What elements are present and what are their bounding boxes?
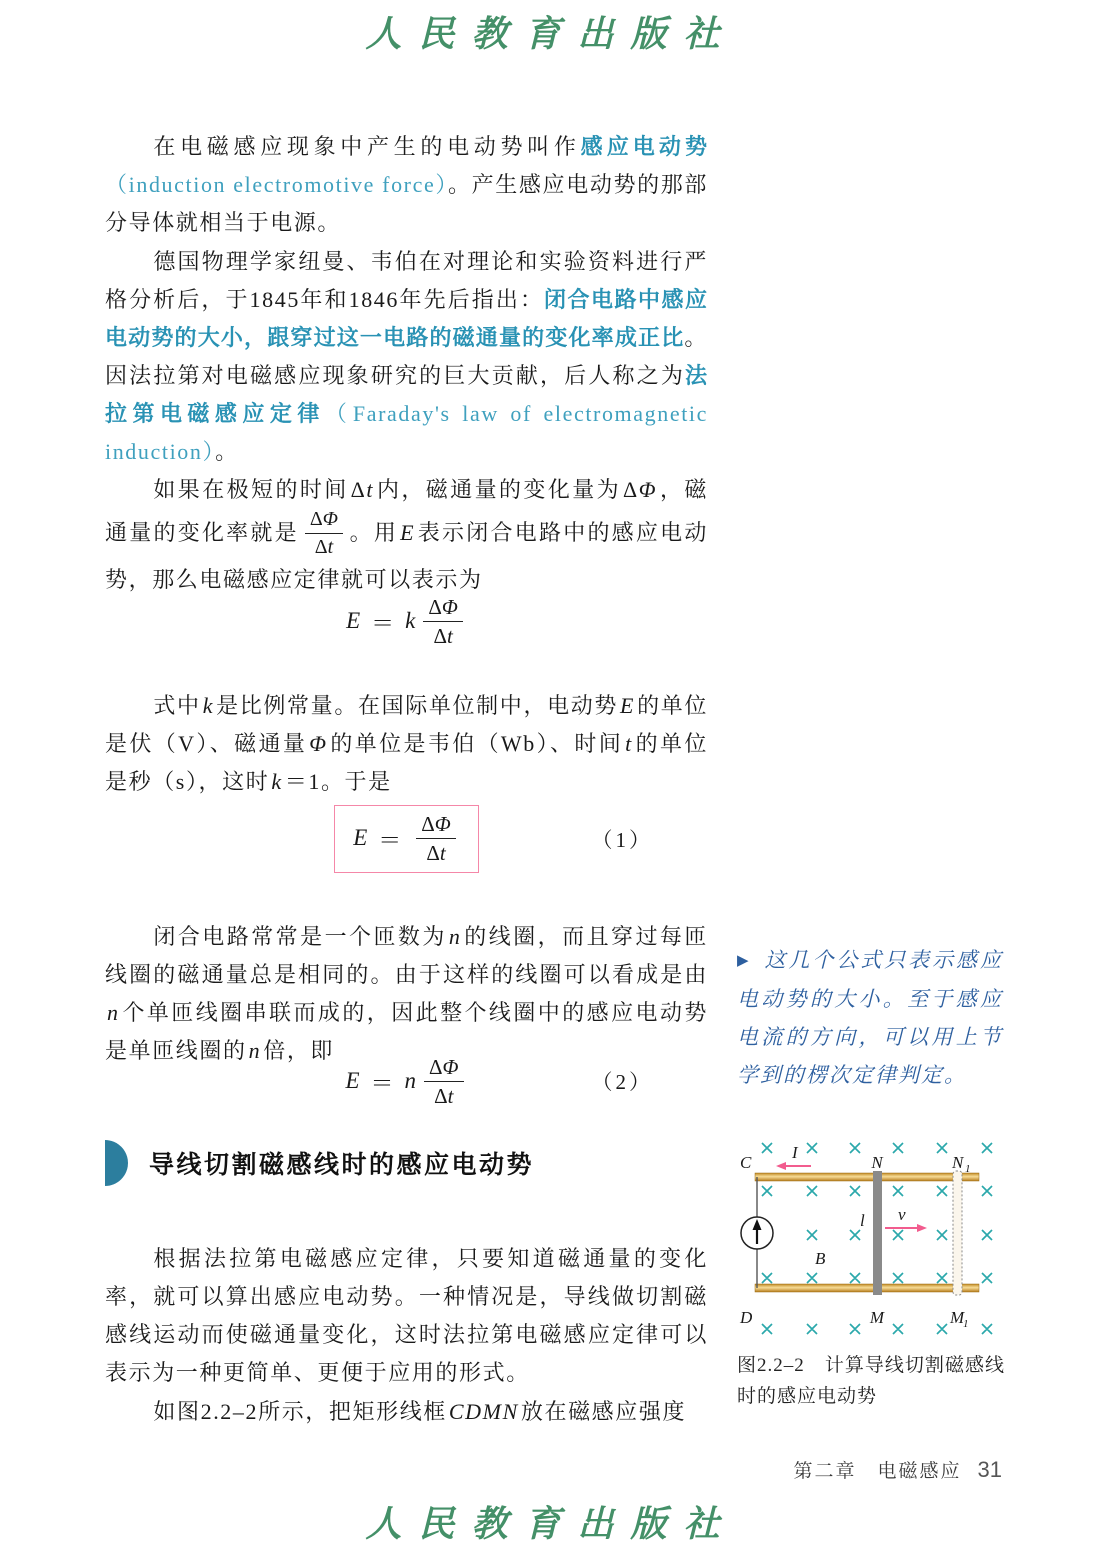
velocity-arrow-head xyxy=(917,1224,927,1232)
top-rail-CN xyxy=(755,1173,979,1181)
paragraph-flux-rate: 如果在极短的时间Δt内，磁通量的变化量为ΔΦ，磁通量的变化率就是ΔΦΔt。用E表… xyxy=(105,471,708,599)
equation-tag-1: （1） xyxy=(592,824,654,854)
figure-caption: 图2.2–2 计算导线切割磁感线时的感应电动势 xyxy=(737,1350,1005,1412)
label-N1-sub: 1 xyxy=(965,1163,971,1175)
label-N1: N xyxy=(951,1153,965,1172)
section-heading: 导线切割磁感线时的感应电动势 xyxy=(105,1140,534,1186)
paragraph-coil-turns: 闭合电路常常是一个匝数为n的线圈，而且穿过每匝线圈的磁通量总是相同的。由于这样的… xyxy=(105,918,708,1070)
label-current-I: I xyxy=(791,1143,799,1162)
label-velocity-v: v xyxy=(898,1205,906,1224)
current-arrow-head xyxy=(776,1162,786,1170)
publisher-watermark-bottom: 人民教育出版社 xyxy=(0,1496,1102,1547)
label-N: N xyxy=(870,1153,884,1172)
footer-chapter: 第二章 电磁感应 xyxy=(794,1456,962,1483)
label-field-B: B xyxy=(815,1249,826,1268)
paragraph-cutting-lines: 根据法拉第电磁感应定律，只要知道磁通量的变化率，就可以算出感应电动势。一种情况是… xyxy=(105,1240,708,1392)
paragraph-units: 式中k是比例常量。在国际单位制中，电动势E的单位是伏（V）、磁通量Φ的单位是韦伯… xyxy=(105,687,708,801)
publisher-watermark-top: 人民教育出版社 xyxy=(0,6,1102,57)
figure-2-2-2: C D N M N 1 M 1 I v l B xyxy=(737,1133,999,1345)
bottom-rail-DM xyxy=(755,1284,979,1292)
conductor-M1N1-ghost xyxy=(953,1171,962,1295)
formula-e-k-body: E＝kΔΦΔt xyxy=(344,594,469,648)
label-length-l: l xyxy=(860,1211,865,1230)
formula-1-row: E＝ΔΦΔt （1） xyxy=(105,803,708,875)
section-title: 导线切割磁感线时的感应电动势 xyxy=(149,1145,534,1181)
paragraph-figure-intro: 如图2.2–2所示，把矩形线框CDMN放在磁感应强度 xyxy=(105,1393,708,1431)
textbook-page: 人民教育出版社 在电磁感应现象中产生的电动势叫作感应电动势（induction … xyxy=(0,0,1102,1559)
formula-1-body: E＝ΔΦΔt xyxy=(334,805,479,873)
formula-2-row: E＝nΔΦΔt （2） xyxy=(105,1050,708,1112)
paragraph-emf-definition: 在电磁感应现象中产生的电动势叫作感应电动势（induction electrom… xyxy=(105,128,708,242)
conductor-MN xyxy=(873,1171,882,1295)
margin-note: ▶这几个公式只表示感应电动势的大小。至于感应电流的方向，可以用上节学到的楞次定律… xyxy=(737,941,1003,1094)
page-footer: 第二章 电磁感应 31 xyxy=(794,1456,1003,1483)
formula-e-k: E＝kΔΦΔt xyxy=(105,590,708,652)
label-M1-sub: 1 xyxy=(963,1318,969,1330)
formula-2-body: E＝nΔΦΔt xyxy=(343,1054,469,1108)
section-marker-halfcircle xyxy=(105,1140,128,1186)
label-M: M xyxy=(869,1308,885,1327)
label-D: D xyxy=(739,1308,753,1327)
circuit-diagram: C D N M N 1 M 1 I v l B xyxy=(737,1133,999,1340)
label-C: C xyxy=(740,1153,752,1172)
footer-page-number: 31 xyxy=(978,1457,1002,1483)
paragraph-faraday-law: 德国物理学家纽曼、韦伯在对理论和实验资料进行严格分析后，于1845年和1846年… xyxy=(105,243,708,471)
equation-tag-2: （2） xyxy=(592,1066,654,1096)
